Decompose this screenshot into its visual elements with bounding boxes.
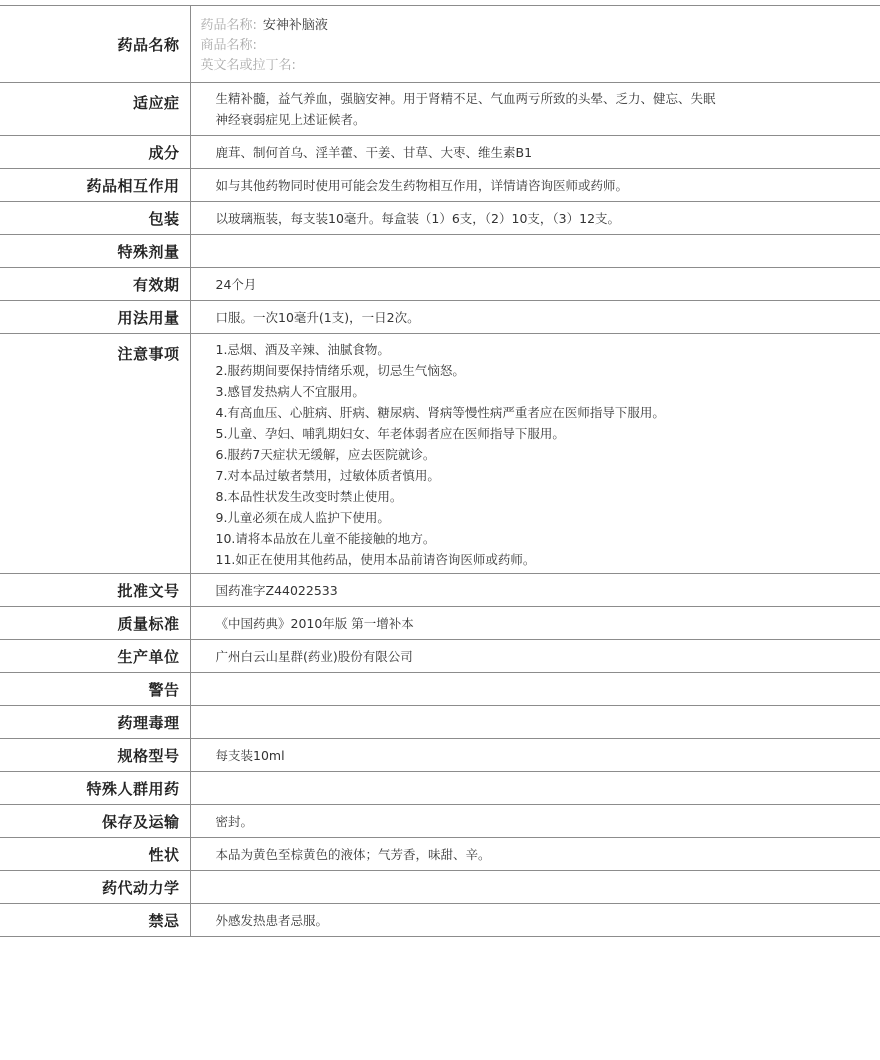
precaution-item: 3.感冒发热病人不宜服用。: [216, 381, 880, 402]
row-special-populations: 特殊人群用药: [0, 772, 880, 805]
label-contraindications: 禁忌: [0, 904, 190, 937]
drug-name-value: 安神补脑液: [263, 18, 328, 33]
drug-name-key: 药品名称:: [201, 18, 257, 33]
drug-name-line: 药品名称:安神补脑液: [201, 16, 880, 36]
row-contraindications: 禁忌 外感发热患者忌服。: [0, 904, 880, 937]
row-manufacturer: 生产单位 广州白云山星群(药业)股份有限公司: [0, 640, 880, 673]
english-name-line: 英文名或拉丁名:: [201, 56, 880, 76]
label-ingredients: 成分: [0, 136, 190, 169]
row-shelf-life: 有效期 24个月: [0, 268, 880, 301]
row-precautions: 注意事项 1.忌烟、酒及辛辣、油腻食物。 2.服药期间要保持情绪乐观，切忌生气恼…: [0, 334, 880, 574]
value-special-populations: [190, 772, 880, 805]
value-drug-names: 药品名称:安神补脑液 商品名称: 英文名或拉丁名:: [190, 6, 880, 83]
value-precautions: 1.忌烟、酒及辛辣、油腻食物。 2.服药期间要保持情绪乐观，切忌生气恼怒。 3.…: [190, 334, 880, 574]
value-approval-number: 国药准字Z44022533: [190, 574, 880, 607]
value-drug-interactions: 如与其他药物同时使用可能会发生药物相互作用，详情请咨询医师或药师。: [190, 169, 880, 202]
value-manufacturer: 广州白云山星群(药业)股份有限公司: [190, 640, 880, 673]
label-packaging: 包装: [0, 202, 190, 235]
label-drug-names: 药品名称: [0, 6, 190, 83]
precaution-item: 9.儿童必须在成人监护下使用。: [216, 507, 880, 528]
value-pharmacology-toxicology: [190, 706, 880, 739]
label-usage-dosage: 用法用量: [0, 301, 190, 334]
precaution-item: 6.服药7天症状无缓解，应去医院就诊。: [216, 444, 880, 465]
row-specification: 规格型号 每支装10ml: [0, 739, 880, 772]
trade-name-line: 商品名称:: [201, 36, 880, 56]
row-quality-standard: 质量标准 《中国药典》2010年版 第一增补本: [0, 607, 880, 640]
value-pharmacokinetics: [190, 871, 880, 904]
row-ingredients: 成分 鹿茸、制何首乌、淫羊藿、干姜、甘草、大枣、维生素B1: [0, 136, 880, 169]
label-description: 性状: [0, 838, 190, 871]
precaution-item: 8.本品性状发生改变时禁止使用。: [216, 486, 880, 507]
label-quality-standard: 质量标准: [0, 607, 190, 640]
label-storage-transport: 保存及运输: [0, 805, 190, 838]
row-usage-dosage: 用法用量 口服。一次10毫升(1支)，一日2次。: [0, 301, 880, 334]
label-shelf-life: 有效期: [0, 268, 190, 301]
row-pharmacokinetics: 药代动力学: [0, 871, 880, 904]
value-storage-transport: 密封。: [190, 805, 880, 838]
label-indications: 适应症: [0, 83, 190, 136]
value-ingredients: 鹿茸、制何首乌、淫羊藿、干姜、甘草、大枣、维生素B1: [190, 136, 880, 169]
precaution-item: 5.儿童、孕妇、哺乳期妇女、年老体弱者应在医师指导下服用。: [216, 423, 880, 444]
value-specification: 每支装10ml: [190, 739, 880, 772]
row-approval-number: 批准文号 国药准字Z44022533: [0, 574, 880, 607]
label-precautions: 注意事项: [0, 334, 190, 574]
label-special-populations: 特殊人群用药: [0, 772, 190, 805]
drug-spec-table: 药品名称 药品名称:安神补脑液 商品名称: 英文名或拉丁名: 适应症 生精补髓，…: [0, 5, 880, 937]
value-packaging: 以玻璃瓶装，每支装10毫升。每盒装（1）6支，（2）10支，（3）12支。: [190, 202, 880, 235]
value-shelf-life: 24个月: [190, 268, 880, 301]
label-approval-number: 批准文号: [0, 574, 190, 607]
row-pharmacology-toxicology: 药理毒理: [0, 706, 880, 739]
precaution-item: 1.忌烟、酒及辛辣、油腻食物。: [216, 339, 880, 360]
value-warning: [190, 673, 880, 706]
value-indications: 生精补髓，益气养血，强脑安神。用于肾精不足、气血两亏所致的头晕、乏力、健忘、失眠…: [190, 83, 880, 136]
row-packaging: 包装 以玻璃瓶装，每支装10毫升。每盒装（1）6支，（2）10支，（3）12支。: [0, 202, 880, 235]
row-drug-interactions: 药品相互作用 如与其他药物同时使用可能会发生药物相互作用，详情请咨询医师或药师。: [0, 169, 880, 202]
trade-name-key: 商品名称:: [201, 38, 257, 53]
row-storage-transport: 保存及运输 密封。: [0, 805, 880, 838]
row-warning: 警告: [0, 673, 880, 706]
english-name-key: 英文名或拉丁名:: [201, 58, 296, 73]
value-usage-dosage: 口服。一次10毫升(1支)，一日2次。: [190, 301, 880, 334]
value-quality-standard: 《中国药典》2010年版 第一增补本: [190, 607, 880, 640]
label-manufacturer: 生产单位: [0, 640, 190, 673]
label-drug-interactions: 药品相互作用: [0, 169, 190, 202]
label-pharmacokinetics: 药代动力学: [0, 871, 190, 904]
indications-line: 生精补髓，益气养血，强脑安神。用于肾精不足、气血两亏所致的头晕、乏力、健忘、失眠: [216, 88, 880, 109]
value-description: 本品为黄色至棕黄色的液体；气芳香，味甜、辛。: [190, 838, 880, 871]
precaution-item: 2.服药期间要保持情绪乐观，切忌生气恼怒。: [216, 360, 880, 381]
row-indications: 适应症 生精补髓，益气养血，强脑安神。用于肾精不足、气血两亏所致的头晕、乏力、健…: [0, 83, 880, 136]
label-specification: 规格型号: [0, 739, 190, 772]
precaution-item: 4.有高血压、心脏病、肝病、糖尿病、肾病等慢性病严重者应在医师指导下服用。: [216, 402, 880, 423]
indications-line: 神经衰弱症见上述证候者。: [216, 109, 880, 130]
precaution-item: 7.对本品过敏者禁用，过敏体质者慎用。: [216, 465, 880, 486]
row-description: 性状 本品为黄色至棕黄色的液体；气芳香，味甜、辛。: [0, 838, 880, 871]
label-special-dosage: 特殊剂量: [0, 235, 190, 268]
precaution-item: 10.请将本品放在儿童不能接触的地方。: [216, 528, 880, 549]
value-special-dosage: [190, 235, 880, 268]
label-pharmacology-toxicology: 药理毒理: [0, 706, 190, 739]
row-special-dosage: 特殊剂量: [0, 235, 880, 268]
row-drug-names: 药品名称 药品名称:安神补脑液 商品名称: 英文名或拉丁名:: [0, 6, 880, 83]
precaution-item: 11.如正在使用其他药品，使用本品前请咨询医师或药师。: [216, 549, 880, 570]
label-warning: 警告: [0, 673, 190, 706]
value-contraindications: 外感发热患者忌服。: [190, 904, 880, 937]
